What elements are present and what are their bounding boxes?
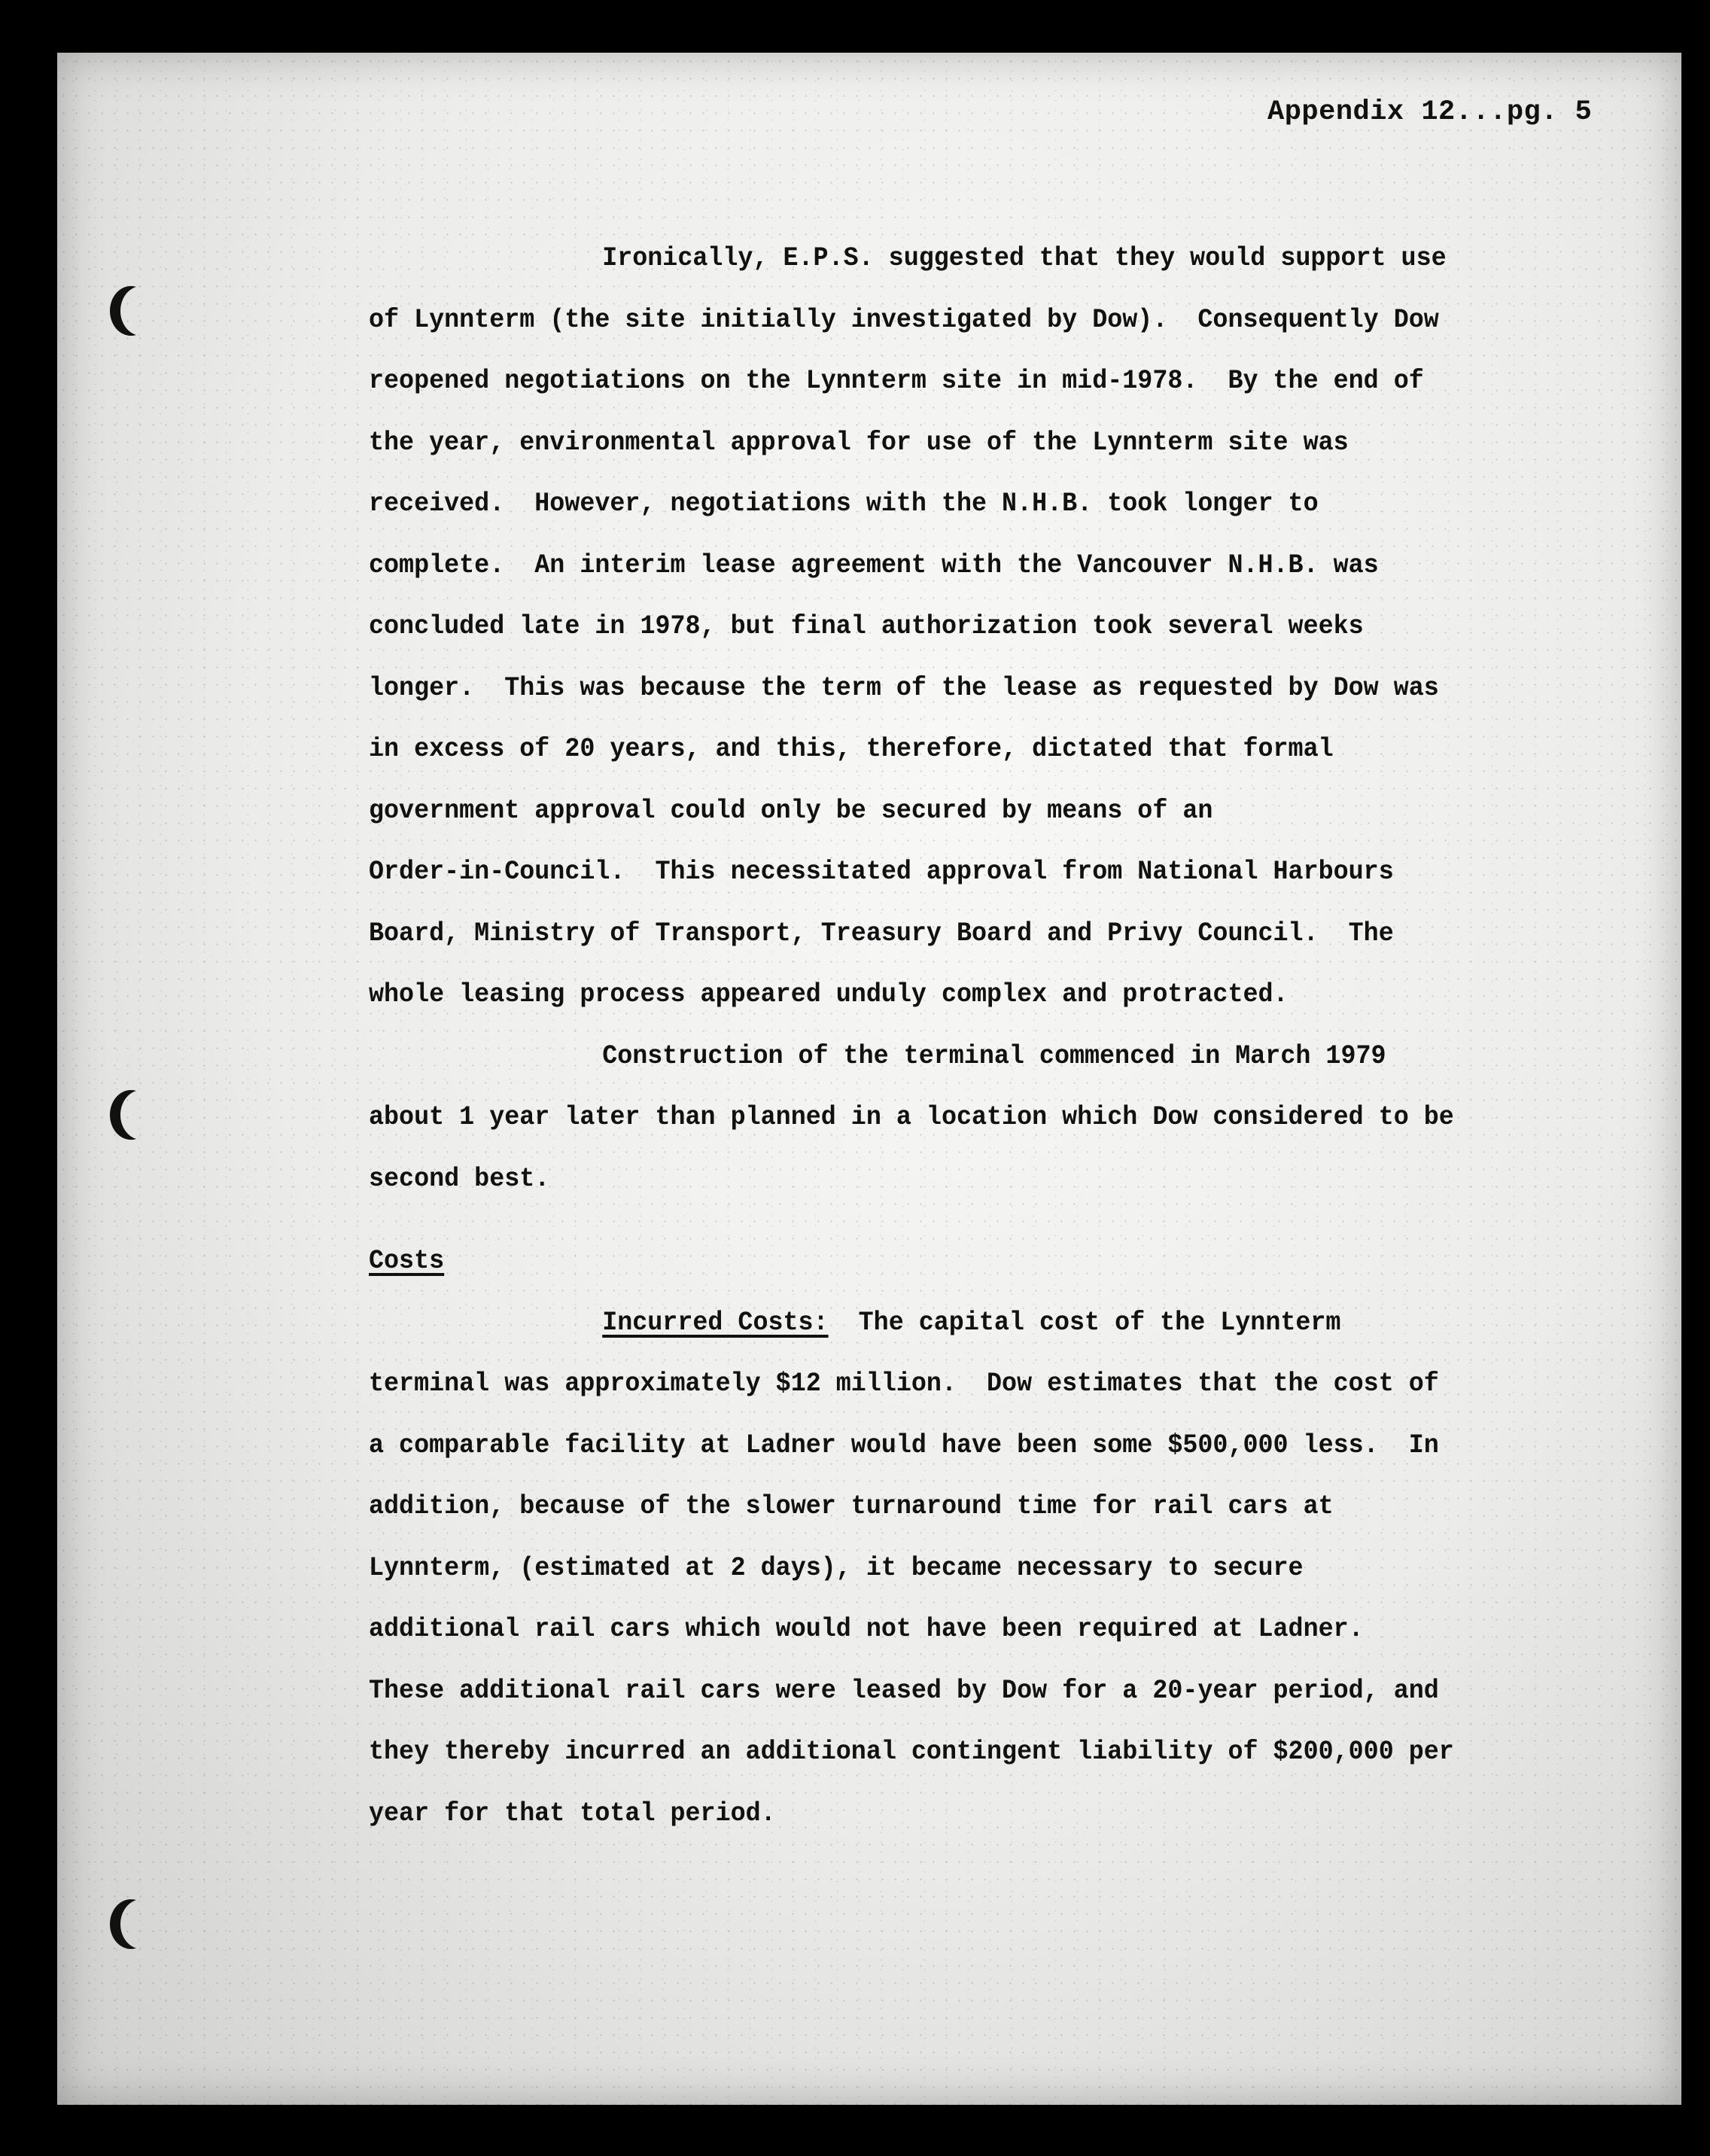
paragraph-2: Construction of the terminal commenced i… (369, 1037, 1528, 1222)
punch-hole-icon (120, 1090, 163, 1140)
text-line: Incurred Costs: The capital cost of the … (369, 1304, 1459, 1366)
text-line: received. However, negotiations with the… (369, 485, 1459, 547)
section-heading-text: Costs (369, 1245, 444, 1276)
text-line: Lynnterm, (estimated at 2 days), it beca… (369, 1549, 1459, 1611)
text-line: Ironically, E.P.S. suggested that they w… (369, 239, 1459, 301)
paragraph-1: Ironically, E.P.S. suggested that they w… (369, 239, 1528, 1037)
text-line: second best. (369, 1160, 1459, 1222)
text-line: concluded late in 1978, but final author… (369, 608, 1459, 669)
text-line: Board, Ministry of Transport, Treasury B… (369, 915, 1459, 976)
text-line: a comparable facility at Ladner would ha… (369, 1427, 1459, 1488)
text-line: whole leasing process appeared unduly co… (369, 976, 1459, 1037)
document-body: Ironically, E.P.S. suggested that they w… (369, 239, 1528, 1856)
subsection-first-line: The capital cost of the Lynnterm (829, 1307, 1341, 1338)
subsection-label: Incurred Costs: (602, 1307, 828, 1338)
punch-hole-icon (120, 286, 163, 336)
subsection-incurred-costs: Incurred Costs: The capital cost of the … (369, 1304, 1528, 1856)
text-line: terminal was approximately $12 million. … (369, 1365, 1459, 1427)
text-line: in excess of 20 years, and this, therefo… (369, 730, 1459, 792)
text-line: These additional rail cars were leased b… (369, 1672, 1459, 1734)
text-line: longer. This was because the term of the… (369, 669, 1459, 731)
text-line: government approval could only be secure… (369, 792, 1459, 854)
text-line: they thereby incurred an additional cont… (369, 1733, 1459, 1795)
page-header: Appendix 12...pg. 5 (1267, 96, 1592, 128)
text-line: Order-in-Council. This necessitated appr… (369, 853, 1459, 915)
text-line: year for that total period. (369, 1795, 1459, 1856)
punch-hole-icon (120, 1899, 163, 1949)
text-line: addition, because of the slower turnarou… (369, 1488, 1459, 1549)
text-line: Construction of the terminal commenced i… (369, 1037, 1459, 1099)
text-line: about 1 year later than planned in a loc… (369, 1098, 1459, 1160)
section-heading: Costs (369, 1242, 1459, 1304)
text-line: the year, environmental approval for use… (369, 424, 1459, 486)
text-line: additional rail cars which would not hav… (369, 1610, 1459, 1672)
text-line: reopened negotiations on the Lynnterm si… (369, 362, 1459, 424)
text-line: complete. An interim lease agreement wit… (369, 547, 1459, 608)
text-line: of Lynnterm (the site initially investig… (369, 301, 1459, 363)
